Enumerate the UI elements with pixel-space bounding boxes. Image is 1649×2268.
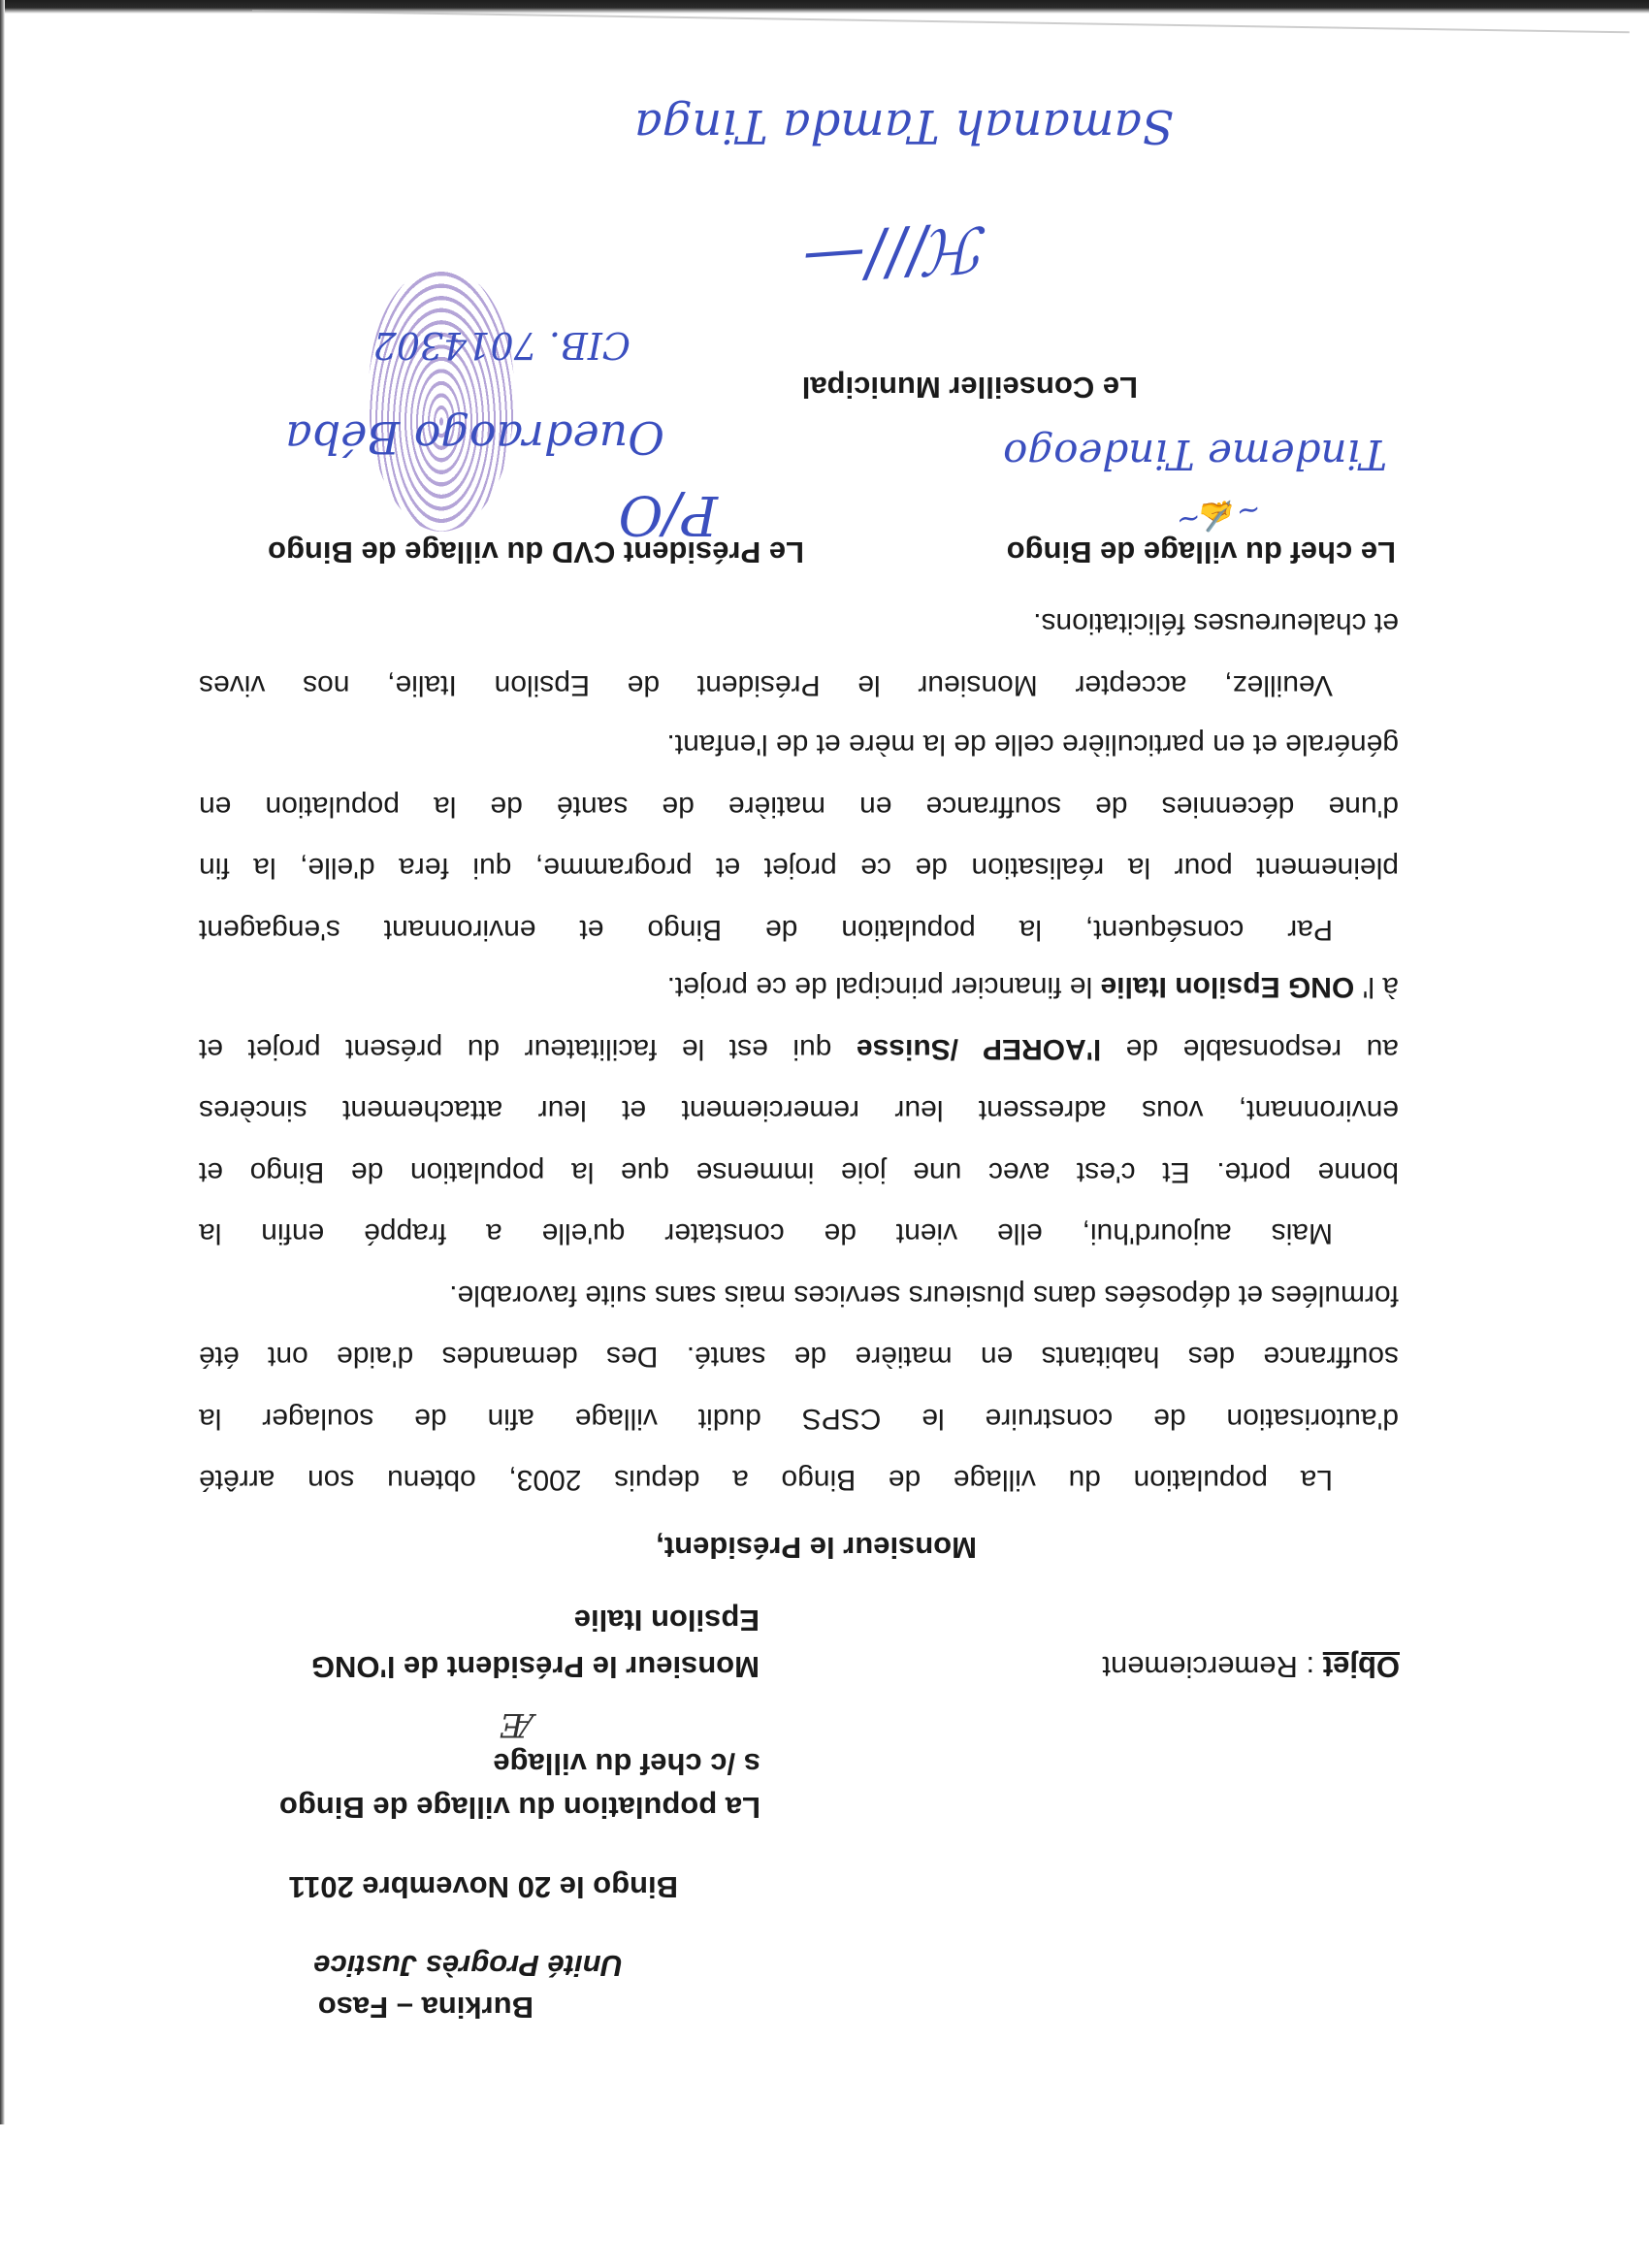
recipient-line-2: Epsilon Italie <box>574 1604 760 1636</box>
body-text: à l' <box>1354 971 1399 1003</box>
body-line: Par conséquent, la population de Bingo e… <box>199 913 1399 946</box>
signatory-cvd-title: Le Président CVD du village de Bingo <box>268 535 804 568</box>
subject-line: Objet : Remerciement <box>1102 1650 1400 1683</box>
body-line: pleinement pour la réalisation de ce pro… <box>199 851 1399 884</box>
subject-separator: : <box>1298 1650 1323 1684</box>
body-line: environnant, vous adressent leur remerci… <box>199 1093 1399 1126</box>
recipient-line-1: Monsieur le Président de l'ONG <box>311 1650 760 1683</box>
header-date: Bingo le 20 Novembre 2011 <box>289 1870 678 1903</box>
sender-line-2: s /c chef du village <box>493 1747 760 1780</box>
body-line: formulées et déposées dans plusieurs ser… <box>199 1279 1399 1312</box>
body-line: bonne porte. Et c'est avec une joie imme… <box>199 1155 1399 1188</box>
sender-initials: Æ <box>501 1705 533 1744</box>
signatory-councillor-title: Le Conseiller Municipal <box>802 371 1138 404</box>
body-line: La population du village de Bingo a depu… <box>199 1463 1399 1496</box>
body-line: Mais aujourd'hui, elle vient de constate… <box>199 1216 1399 1249</box>
chief-signature-scribble: ~✍~ <box>1174 492 1263 537</box>
councillor-signature-mark: ℋ∕∕∕— <box>801 211 992 295</box>
subject-value: Remerciement <box>1102 1650 1298 1684</box>
chief-signature-name: Tindeme Tindeogo <box>1003 431 1387 478</box>
cvd-signature-name: Ouedraogo Béba <box>285 411 664 464</box>
financier-name: ONG Epsilon Italie <box>1101 971 1355 1003</box>
body-line: d'une décennies de souffrance en matière… <box>199 790 1399 823</box>
header-country: Burkina – Faso <box>318 1991 533 2024</box>
body-line-financier: à l' ONG Epsilon Italie le financier pri… <box>199 970 1399 1003</box>
councillor-signature-name: Samanah Tamda Tinga <box>634 99 1174 153</box>
body-line: souffrance des habitants en matière de s… <box>199 1340 1399 1373</box>
facilitator-name: l'AOREP /Suisse <box>857 1033 1101 1065</box>
body-text: le financier principal de ce projet. <box>667 971 1101 1003</box>
letter-page: Burkina – Faso Unité Progrès Justice Bin… <box>0 0 1649 2268</box>
pour-ordre-mark: P/O <box>619 483 718 546</box>
body-text: au responsable de <box>1101 1033 1399 1065</box>
body-line: générale et en particulière celle de la … <box>199 728 1399 761</box>
signatory-chief-title: Le chef du village de Bingo <box>1007 535 1396 568</box>
body-line-facilitator: au responsable de l'AOREP /Suisse qui es… <box>199 1032 1399 1065</box>
subject-label: Objet <box>1323 1650 1400 1684</box>
fingerprint-stamp <box>369 270 514 532</box>
cvd-id-number: CIB. 7014302 <box>373 324 630 367</box>
body-text: qui est le facilitateur du présent proje… <box>199 1033 857 1065</box>
salutation: Monsieur le Président, <box>656 1531 977 1564</box>
body-line: Veuillez, accepter Monsieur le Président… <box>199 668 1399 701</box>
body-line: d'autorisation de construire le CSPS dud… <box>199 1402 1399 1435</box>
body-line: et chaleureuses félicitations. <box>199 606 1399 639</box>
header-motto: Unité Progrès Justice <box>313 1949 623 1982</box>
sender-line-1: La population du village de Bingo <box>279 1791 760 1824</box>
